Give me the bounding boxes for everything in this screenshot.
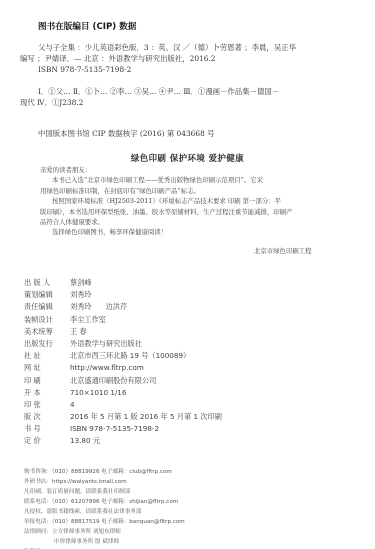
imprint-value: 710×1010 1/16 — [70, 387, 126, 399]
imprint-label: 书 号 — [24, 423, 70, 435]
imprint-value: 蔡剑峰 — [70, 277, 92, 289]
cip-catalog-number: 中国版本图书馆 CIP 数据核字 (2016) 第 043668 号 — [38, 128, 215, 139]
imprint-table: 出 版 人 蔡剑峰 策划编辑 刘秀玲 责任编辑 刘秀玲 边洪芹 装帧设计 李尘工… — [24, 277, 222, 448]
imprint-value: 4 — [70, 399, 75, 411]
imprint-label: 责任编辑 — [24, 301, 70, 313]
imprint-value: 王 春 — [70, 326, 87, 338]
notice-line: 本书已入选“北京市绿色印刷工程——优秀出版物绿色印刷示范项目”。它采 — [40, 175, 342, 185]
green-printing-notice: 亲爱的读者朋友： 本书已入选“北京市绿色印刷工程——优秀出版物绿色印刷示范项目”… — [40, 165, 342, 238]
cip-isbn: ISBN 978-7-5135-7198-2 — [20, 64, 338, 75]
imprint-value: 北京市西三环北路 19 号（100089） — [70, 350, 190, 362]
imprint-row-responsible-editor: 责任编辑 刘秀玲 边洪芹 — [24, 301, 222, 313]
imprint-row-distributor: 出版发行 外语教学与研究出版社 — [24, 338, 222, 350]
imprint-value-2: 边洪芹 — [106, 301, 128, 313]
piracy-notice: 凡侵权、盗版书籍线索，请联系我社法律事务部 — [24, 507, 185, 517]
report-phone: 举报电话：（010）88817519 电子邮箱：banquan@fltrp.co… — [24, 517, 185, 527]
contact-phone: 联系电话：（010）61207896 电子邮箱：zhijian@fltrp.co… — [24, 497, 185, 507]
notice-line: 版印刷》，本书选用环保型纸张、油墨、胶水等原辅材料，生产过程注重节能减排，印刷产 — [40, 207, 342, 217]
purchase-inquiry: 购书咨询：（010）88819926 电子邮箱：club@fltrp.com — [24, 467, 185, 477]
imprint-label: 开 本 — [24, 387, 70, 399]
cip-record: 父与子全集 ：少儿英语彩色版．3 ：英、汉 ／（德）卜劳恩著 ；李晨，吴正华 编… — [20, 42, 338, 75]
imprint-row-edition: 版 次 2016 年 5 月第 1 版 2016 年 5 月第 1 次印刷 — [24, 411, 222, 423]
cip-class-line: 现代 Ⅳ．①J238.2 — [20, 97, 338, 108]
imprint-row-printer: 印 刷 北京盛通印刷股份有限公司 — [24, 375, 222, 387]
imprint-label: 出版发行 — [24, 338, 70, 350]
imprint-label: 印 张 — [24, 399, 70, 411]
legal-counsel-2: 中咨律师事务所 殷 斌律师 — [24, 537, 185, 547]
imprint-row-price: 定 价 13.80 元 — [24, 435, 222, 447]
website-link[interactable]: http://www.fltrp.com — [70, 362, 144, 374]
imprint-value: 外语教学与研究出版社 — [70, 338, 142, 350]
imprint-row-design: 装帧设计 李尘工作室 — [24, 314, 222, 326]
imprint-value: 13.80 元 — [70, 435, 100, 447]
quality-notice: 凡印刷、装订质量问题，请联系我社印制部 — [24, 487, 185, 497]
notice-line: 用绿色印刷标准印制，在封底印有“绿色印刷产品”标志。 — [40, 186, 342, 196]
imprint-value: 2016 年 5 月第 1 版 2016 年 5 月第 1 次印刷 — [70, 411, 222, 423]
cip-classification: Ⅰ．①父… Ⅱ．①卜… ②李… ③吴… ④尹… Ⅲ．①漫画－作品集－德国－ 现代… — [20, 86, 338, 108]
imprint-row-address: 社 址 北京市西三环北路 19 号（100089） — [24, 350, 222, 362]
imprint-value: 李尘工作室 — [70, 314, 106, 326]
legal-counsel: 法律顾问：立方律师事务所 刘旭东律师 — [24, 527, 185, 537]
imprint-value: 刘秀玲 — [70, 301, 92, 313]
contact-info: 购书咨询：（010）88819926 电子邮箱：club@fltrp.com 外… — [24, 467, 185, 549]
imprint-row-publisher: 出 版 人 蔡剑峰 — [24, 277, 222, 289]
imprint-value: 刘秀玲 — [70, 289, 92, 301]
notice-line: 按照国家环境标准（HJ2503-2011）《环境标志产品技术要求 印刷 第一部分… — [40, 196, 342, 206]
imprint-label: 美术统筹 — [24, 326, 70, 338]
imprint-label: 版 次 — [24, 411, 70, 423]
imprint-row-website: 网 址 http://www.fltrp.com — [24, 362, 222, 374]
green-printing-title: 绿色印刷 保护环境 爱护健康 — [0, 152, 375, 164]
imprint-label: 社 址 — [24, 350, 70, 362]
notice-line: 选择绿色印刷图书，畅享环保健康阅读！ — [40, 227, 342, 237]
imprint-label: 装帧设计 — [24, 314, 70, 326]
online-store: 外研书店：https://waiyants.tmall.com — [24, 477, 185, 487]
imprint-label: 定 价 — [24, 435, 70, 447]
imprint-row-format: 开 本 710×1010 1/16 — [24, 387, 222, 399]
green-printing-signature: 北京市绿色印刷工程 — [254, 246, 312, 255]
cip-record-line: 编写 ；尹婧译．— 北京 ：外语教学与研究出版社，2016.2 — [20, 53, 338, 64]
cip-record-line: 父与子全集 ：少儿英语彩色版．3 ：英、汉 ／（德）卜劳恩著 ；李晨，吴正华 — [20, 42, 338, 53]
imprint-value: 北京盛通印刷股份有限公司 — [70, 375, 156, 387]
cip-class-line: Ⅰ．①父… Ⅱ．①卜… ②李… ③吴… ④尹… Ⅲ．①漫画－作品集－德国－ — [20, 86, 338, 97]
imprint-value: ISBN 978-7-5135-7198-2 — [70, 423, 159, 435]
imprint-row-planning-editor: 策划编辑 刘秀玲 — [24, 289, 222, 301]
imprint-row-isbn: 书 号 ISBN 978-7-5135-7198-2 — [24, 423, 222, 435]
imprint-label: 印 刷 — [24, 375, 70, 387]
imprint-row-sheets: 印 张 4 — [24, 399, 222, 411]
imprint-label: 策划编辑 — [24, 289, 70, 301]
imprint-label: 网 址 — [24, 362, 70, 374]
greeting: 亲爱的读者朋友： — [40, 165, 342, 175]
notice-line: 品符合人体健康要求。 — [40, 217, 342, 227]
imprint-label: 出 版 人 — [24, 277, 70, 289]
cip-heading: 图书在版编目 (CIP) 数据 — [38, 20, 136, 32]
copyright-page: 图书在版编目 (CIP) 数据 父与子全集 ：少儿英语彩色版．3 ：英、汉 ／（… — [0, 0, 375, 549]
imprint-row-art-director: 美术统筹 王 春 — [24, 326, 222, 338]
